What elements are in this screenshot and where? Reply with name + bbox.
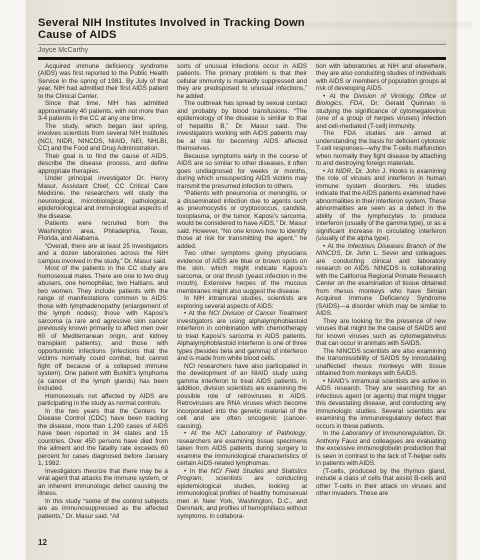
paragraph-text: , scientists are conducting epidemiologi…	[177, 475, 307, 520]
institute-name: Laboratory of Immunoregulation	[342, 430, 434, 437]
paragraph-text: Two other symptoms giving physicians evi…	[177, 250, 307, 295]
page-number: 12	[38, 538, 47, 547]
paragraph-text: The outbreak has spread by sexual contac…	[177, 100, 307, 152]
paragraph: Since that time, NIH has admitted approx…	[38, 100, 168, 123]
paragraph-text: • At the	[184, 310, 209, 317]
header-rule	[38, 57, 446, 60]
article-column-2: sorts of unusual infections occur in AID…	[177, 63, 307, 546]
paragraph-text: (T-cells, produced by the thymus gland, …	[316, 468, 446, 498]
paragraph: Their goal is to find the cause of AIDS,…	[38, 153, 168, 176]
paragraph-text: The study, which began last spring, invo…	[38, 123, 168, 153]
paragraph-text: Because symptoms early in the course of …	[177, 153, 307, 190]
paragraph-text: • In the	[184, 468, 211, 475]
paragraph: “Overall, there are at least 25 investig…	[38, 243, 168, 266]
paragraph-text: The NINCDS scientists are also examining…	[316, 348, 446, 378]
institute-name: NIDR	[336, 168, 352, 175]
paragraph: The FDA studies are aimed at understandi…	[316, 130, 446, 168]
paragraph: “Patients with pneumonia or meningitis, …	[177, 190, 307, 250]
paragraph-text: In the	[323, 430, 342, 437]
paragraph: • At the NCI Division of Cancer Treatmen…	[177, 310, 307, 363]
paragraph: • In the NCI Field Studies and Statistic…	[177, 468, 307, 521]
paragraph: • NIAID’s intramural scientists are acti…	[316, 378, 446, 431]
paragraph-text: • NIAID’s intramural scientists are acti…	[316, 378, 446, 430]
paragraph-text: , Dr. John J. Hooks is examining the rol…	[316, 168, 446, 243]
paragraph: Investigators theorize that there may be…	[38, 468, 168, 498]
paragraph-text: Homosexuals not affected by AIDS are par…	[38, 393, 168, 408]
article-title-line2: Cause of AIDS	[38, 29, 446, 41]
paragraph: Acquired immune deficiency syndrome (AID…	[38, 63, 168, 101]
paragraph: In the two years that the Centers for Di…	[38, 408, 168, 468]
paragraph-text: They are looking for the presence of new…	[316, 318, 446, 348]
paragraph-text: Acquired immune deficiency syndrome (AID…	[38, 63, 168, 100]
paragraph-text: NCI researchers have also participated i…	[177, 363, 307, 430]
paragraph-text: • At the	[323, 93, 354, 100]
paragraph-text: The FDA studies are aimed at understandi…	[316, 130, 446, 167]
article-title-line1: Several NIH Institutes Involved in Track…	[38, 17, 446, 29]
paragraph: Under principal investigator Dr. Henry M…	[38, 175, 168, 220]
paragraph-text: Investigators theorize that there may be…	[38, 468, 168, 498]
paragraph: Two other symptoms giving physicians evi…	[177, 250, 307, 295]
paragraph: In NIH intramural studies, scientists ar…	[177, 295, 307, 310]
paragraph: • At the Division of Virology, Office of…	[316, 93, 446, 131]
article-column-3: tion with laboratories at NIH and elsewh…	[316, 63, 446, 546]
paragraph: In the Laboratory of Immunoregulation, D…	[316, 430, 446, 468]
paragraph-text: investigators are using alphalymphoblast…	[177, 318, 307, 363]
article-title: Several NIH Institutes Involved in Track…	[38, 17, 446, 41]
paragraph: sorts of unusual infections occur in AID…	[177, 63, 307, 101]
paragraph: Most of the patients in the CC study are…	[38, 265, 168, 393]
paragraph: In this study “some of the control subje…	[38, 498, 168, 521]
paragraph-text: • At	[323, 168, 336, 175]
article-column-1: Acquired immune deficiency syndrome (AID…	[38, 63, 168, 546]
institute-name: NCI Division of Cancer Treatment	[209, 310, 307, 317]
paragraph: The NINCDS scientists are also examining…	[316, 348, 446, 378]
paragraph: The outbreak has spread by sexual contac…	[177, 100, 307, 153]
paragraph-text: Under principal investigator Dr. Henry M…	[38, 175, 168, 220]
paragraph: They are looking for the presence of new…	[316, 318, 446, 348]
paragraph-text: Patients were recruited from the Washing…	[38, 220, 168, 242]
paragraph: Homosexuals not affected by AIDS are par…	[38, 393, 168, 408]
byline: Joyce McCarthy	[38, 47, 446, 55]
paragraph-text: In this study “some of the control subje…	[38, 498, 168, 520]
paragraph-text: , Dr. John L. Sever and colleagues are c…	[316, 250, 446, 317]
paragraph-text: • At the	[323, 243, 348, 250]
paragraph: Patients were recruited from the Washing…	[38, 220, 168, 243]
paragraph: NCI researchers have also participated i…	[177, 363, 307, 431]
paragraph-text: “Overall, there are at least 25 investig…	[38, 243, 168, 265]
paragraph: • At the NCI Laboratory of Pathology, re…	[177, 430, 307, 468]
paragraph-text: Since that time, NIH has admitted approx…	[38, 100, 168, 122]
paragraph: tion with laboratories at NIH and elsewh…	[316, 63, 446, 93]
paragraph: (T-cells, produced by the thymus gland, …	[316, 468, 446, 498]
paragraph: The study, which began last spring, invo…	[38, 123, 168, 153]
paragraph-text: In NIH intramural studies, scientists ar…	[177, 295, 307, 310]
paragraph: Because symptoms early in the course of …	[177, 153, 307, 191]
paragraph-text: • At the	[184, 430, 215, 437]
paragraph-text: Their goal is to find the cause of AIDS,…	[38, 153, 168, 175]
paragraph-text: “Patients with pneumonia or meningitis, …	[177, 190, 307, 250]
paragraph-text: In the two years that the Centers for Di…	[38, 408, 168, 468]
article: Several NIH Institutes Involved in Track…	[38, 17, 446, 546]
institute-name: NCI Laboratory of Pathology	[215, 430, 305, 437]
paragraph: • At the Infectious Diseases Branch of t…	[316, 243, 446, 318]
paragraph-text: Most of the patients in the CC study are…	[38, 265, 168, 392]
article-body: Acquired immune deficiency syndrome (AID…	[38, 63, 446, 546]
paragraph: • At NIDR, Dr. John J. Hooks is examinin…	[316, 168, 446, 243]
byline-divider	[38, 44, 446, 45]
paragraph-text: sorts of unusual infections occur in AID…	[177, 63, 307, 100]
paragraph-text: tion with laboratories at NIH and elsewh…	[316, 63, 446, 93]
